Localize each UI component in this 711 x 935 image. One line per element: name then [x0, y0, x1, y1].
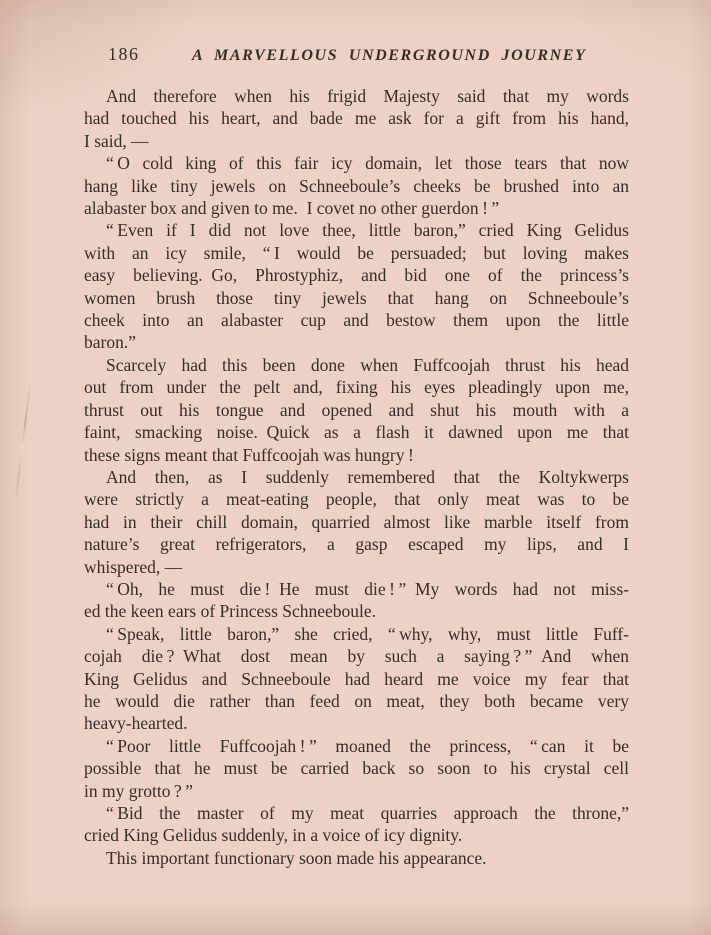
text-line: out from under the pelt and, fixing his … — [84, 376, 629, 398]
text-line: ed the keen ears of Princess Schneeboule… — [84, 600, 629, 622]
text-line: nature’s great refrigerators, a gasp esc… — [84, 533, 629, 555]
text-line: “ Even if I did not love thee, little ba… — [84, 219, 629, 241]
text-line: And therefore when his frigid Majesty sa… — [84, 85, 629, 107]
paragraph: And therefore when his frigid Majesty sa… — [84, 85, 629, 152]
text-line: faint, smacking noise. Quick as a flash … — [84, 421, 629, 443]
paragraph: “ O cold king of this fair icy domain, l… — [84, 152, 629, 219]
book-page-scan: 186 A MARVELLOUS UNDERGROUND JOURNEY And… — [0, 0, 711, 935]
text-line: alabaster box and given to me. I covet n… — [84, 197, 629, 219]
page-body: And therefore when his frigid Majesty sa… — [84, 85, 629, 869]
page-number: 186 — [84, 44, 140, 65]
text-line: whispered, — — [84, 556, 629, 578]
text-line: Scarcely had this been done when Fuffcoo… — [84, 354, 629, 376]
text-line: King Gelidus and Schneeboule had heard m… — [84, 668, 629, 690]
text-line: thrust out his tongue and opened and shu… — [84, 399, 629, 421]
paragraph: And then, as I suddenly remembered that … — [84, 466, 629, 578]
text-line: And then, as I suddenly remembered that … — [84, 466, 629, 488]
text-line: had in their chill domain, quarried almo… — [84, 511, 629, 533]
text-line: “ Poor little Fuffcoojah ! ” moaned the … — [84, 735, 629, 757]
paragraph: Scarcely had this been done when Fuffcoo… — [84, 354, 629, 466]
running-head: 186 A MARVELLOUS UNDERGROUND JOURNEY — [84, 44, 629, 65]
text-line: “ Speak, little baron,” she cried, “ why… — [84, 623, 629, 645]
text-line: women brush those tiny jewels that hang … — [84, 287, 629, 309]
text-line: easy believing. Go, Phrostyphiz, and bid… — [84, 264, 629, 286]
running-title: A MARVELLOUS UNDERGROUND JOURNEY — [140, 47, 630, 65]
text-line: in my grotto ? ” — [84, 780, 629, 802]
text-line: were strictly a meat-eating people, that… — [84, 488, 629, 510]
paragraph: “ Even if I did not love thee, little ba… — [84, 219, 629, 353]
text-line: cojah die ? What dost mean by such a say… — [84, 645, 629, 667]
text-line: “ Bid the master of my meat quarries app… — [84, 802, 629, 824]
text-line: these signs meant that Fuffcoojah was hu… — [84, 444, 629, 466]
text-line: he would die rather than feed on meat, t… — [84, 690, 629, 712]
text-line: cheek into an alabaster cup and bestow t… — [84, 309, 629, 331]
text-line: I said, — — [84, 130, 629, 152]
text-line: had touched his heart, and bade me ask f… — [84, 107, 629, 129]
text-line: cried King Gelidus suddenly, in a voice … — [84, 824, 629, 846]
text-line: heavy-hearted. — [84, 712, 629, 734]
text-line: This important functionary soon made his… — [84, 847, 629, 869]
paragraph: “ Speak, little baron,” she cried, “ why… — [84, 623, 629, 735]
page-crease — [15, 382, 31, 499]
paragraph: “ Oh, he must die ! He must die ! ” My w… — [84, 578, 629, 623]
text-line: baron.” — [84, 331, 629, 353]
paragraph: “ Poor little Fuffcoojah ! ” moaned the … — [84, 735, 629, 802]
text-line: possible that he must be carried back so… — [84, 757, 629, 779]
paragraph: “ Bid the master of my meat quarries app… — [84, 802, 629, 847]
text-line: “ Oh, he must die ! He must die ! ” My w… — [84, 578, 629, 600]
text-line: with an icy smile, “ I would be persuade… — [84, 242, 629, 264]
text-line: hang like tiny jewels on Schneeboule’s c… — [84, 175, 629, 197]
paragraph: This important functionary soon made his… — [84, 847, 629, 869]
text-line: “ O cold king of this fair icy domain, l… — [84, 152, 629, 174]
